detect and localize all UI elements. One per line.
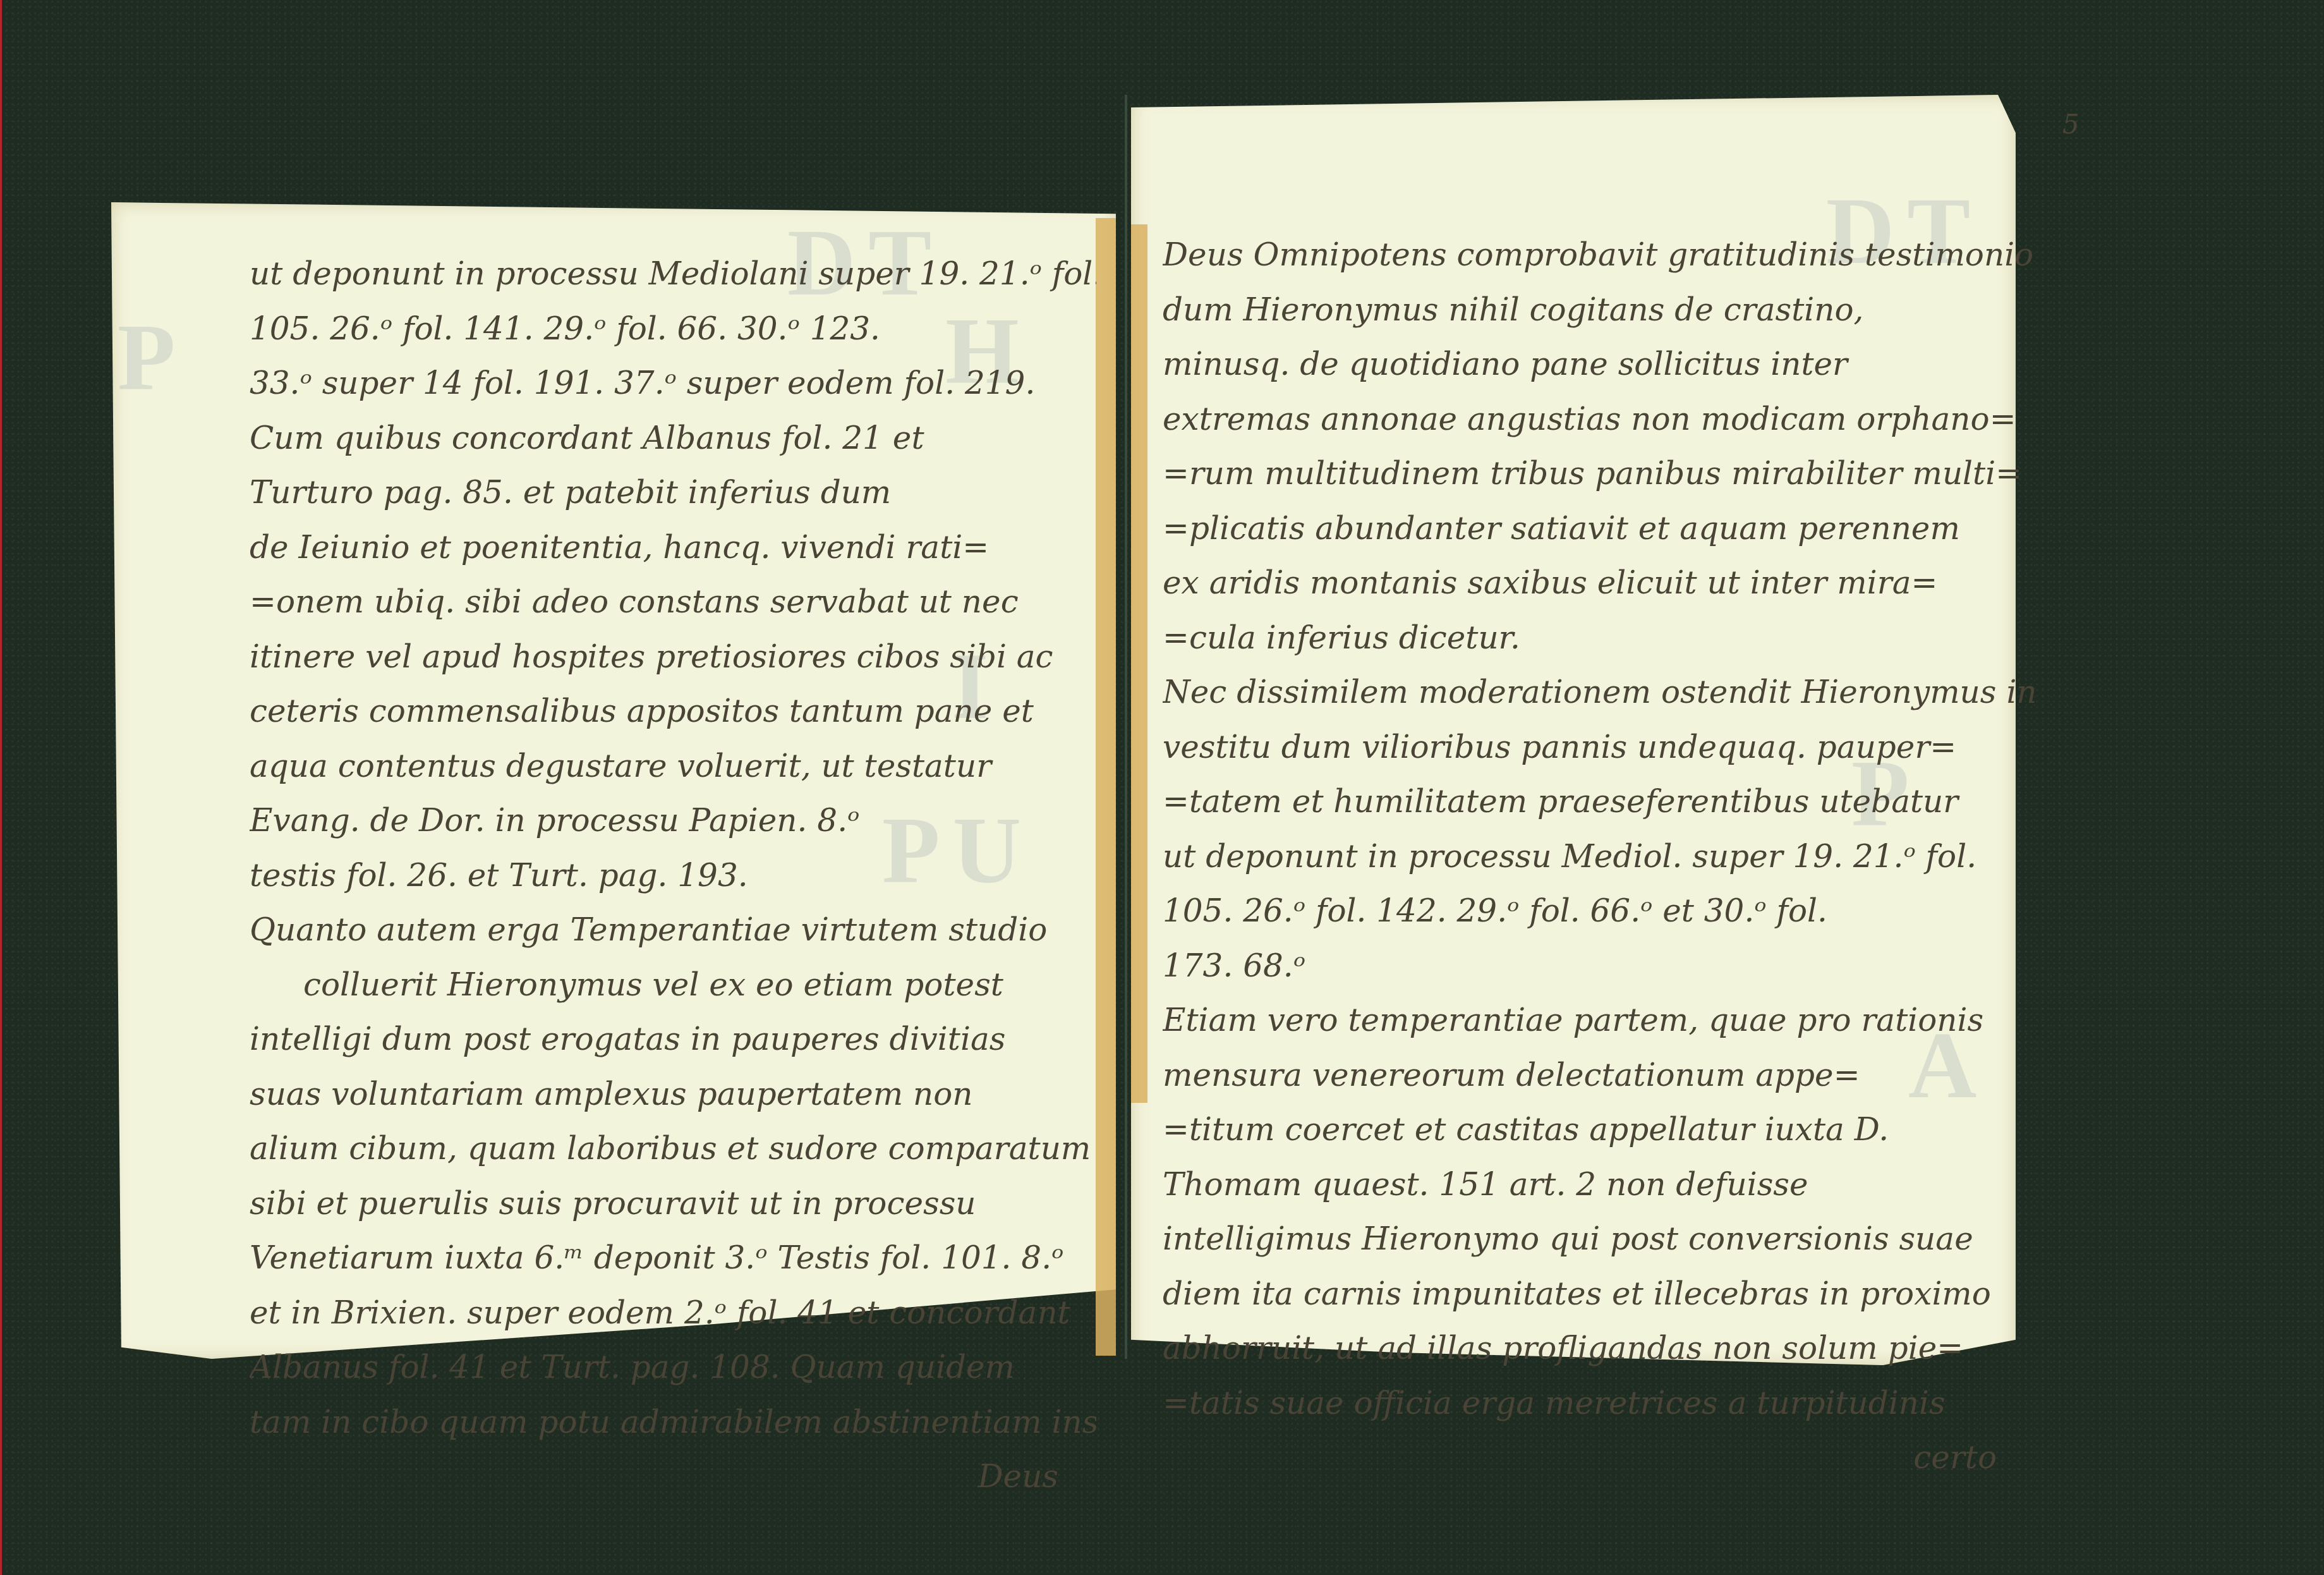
text-line: abhorruit, ut ad illas profligandas non … [1163, 1321, 2035, 1376]
binding-tape-left [1096, 218, 1116, 1356]
text-line: de Ieiunio et poenitentia, hancq. vivend… [250, 520, 1096, 575]
text-line: ex aridis montanis saxibus elicuit ut in… [1163, 556, 2035, 611]
text-line: itinere vel apud hospites pretiosiores c… [250, 629, 1096, 684]
catchword: certo [1163, 1430, 2035, 1485]
text-line: Turturo pag. 85. et patebit inferius dum [250, 465, 1096, 520]
text-line: ceteris commensalibus appositos tantum p… [250, 684, 1096, 739]
text-line: 33.ᵒ super 14 fol. 191. 37.ᵒ super eodem… [250, 356, 1096, 411]
text-line: Albanus fol. 41 et Turt. pag. 108. Quam … [250, 1340, 1096, 1395]
text-line: =tatis suae officia erga meretrices a tu… [1163, 1376, 2035, 1431]
paragraph-start: Nec dissimilem moderationem ostendit Hie… [1163, 665, 2035, 720]
text-line: =cula inferius dicetur. [1163, 611, 2035, 666]
paragraph-start: Quanto autem erga Temperantiae virtutem … [250, 903, 1096, 958]
text-line: =tatem et humilitatem praeseferentibus u… [1163, 774, 2035, 829]
paragraph-start: Etiam vero temperantiae partem, quae pro… [1163, 993, 2035, 1048]
catchword: Deus [250, 1449, 1096, 1504]
bleedthrough-letters: P [118, 303, 188, 412]
text-line: =titum coercet et castitas appellatur iu… [1163, 1102, 2035, 1157]
text-line: alium cibum, quam laboribus et sudore co… [250, 1121, 1096, 1176]
text-line: 105. 26.ᵒ fol. 141. 29.ᵒ fol. 66. 30.ᵒ 1… [250, 301, 1096, 356]
text-line: aqua contentus degustare voluerit, ut te… [250, 739, 1096, 794]
text-line: Thomam quaest. 151 art. 2 non defuisse [1163, 1157, 2035, 1212]
text-line: 105. 26.ᵒ fol. 142. 29.ᵒ fol. 66.ᵒ et 30… [1163, 884, 2035, 939]
text-line: colluerit Hieronymus vel ex eo etiam pot… [250, 958, 1096, 1013]
text-line: =plicatis abundanter satiavit et aquam p… [1163, 501, 2035, 556]
text-line: ut deponunt in processu Mediolani super … [250, 246, 1096, 301]
text-line: Cum quibus concordant Albanus fol. 21 et [250, 411, 1096, 466]
text-line: Venetiarum iuxta 6.ᵐ deponit 3.ᵒ Testis … [250, 1231, 1096, 1286]
text-line: vestitu dum vilioribus pannis undequaq. … [1163, 720, 2035, 775]
text-line: ut deponunt in processu Mediol. super 19… [1163, 829, 2035, 884]
text-line: tam in cibo quam potu admirabilem abstin… [250, 1395, 1096, 1450]
scan-edge-strip [0, 0, 2, 1575]
text-line: et in Brixien. super eodem 2.ᵒ fol. 41 e… [250, 1286, 1096, 1341]
text-line: testis fol. 26. et Turt. pag. 193. [250, 848, 1096, 903]
text-line: intelligi dum post erogatas in pauperes … [250, 1012, 1096, 1067]
right-page-text: Deus Omnipotens comprobavit gratitudinis… [1163, 228, 2035, 1485]
text-line: Evang. de Dor. in processu Papien. 8.ᵒ [250, 793, 1096, 848]
text-line: Deus Omnipotens comprobavit gratitudinis… [1163, 228, 2035, 283]
left-page-text: ut deponunt in processu Mediolani super … [250, 246, 1096, 1504]
folio-number: 5 [2062, 109, 2079, 140]
text-line: mensura venereorum delectationum appe= [1163, 1048, 2035, 1103]
text-line: 173. 68.ᵒ [1163, 939, 2035, 994]
text-line: =rum multitudinem tribus panibus mirabil… [1163, 446, 2035, 501]
text-line: =onem ubiq. sibi adeo constans servabat … [250, 575, 1096, 629]
binding-tape-right [1131, 224, 1147, 1103]
text-line: dum Hieronymus nihil cogitans de crastin… [1163, 283, 2035, 337]
text-line: diem ita carnis impunitates et illecebra… [1163, 1267, 2035, 1322]
text-line: intelligimus Hieronymo qui post conversi… [1163, 1212, 2035, 1267]
book-gutter [1125, 95, 1127, 1359]
text-line: minusq. de quotidiano pane sollicitus in… [1163, 337, 2035, 392]
text-line: sibi et puerulis suis procuravit ut in p… [250, 1176, 1096, 1231]
text-line: extremas annonae angustias non modicam o… [1163, 392, 2035, 447]
text-line: suas voluntariam amplexus paupertatem no… [250, 1067, 1096, 1122]
